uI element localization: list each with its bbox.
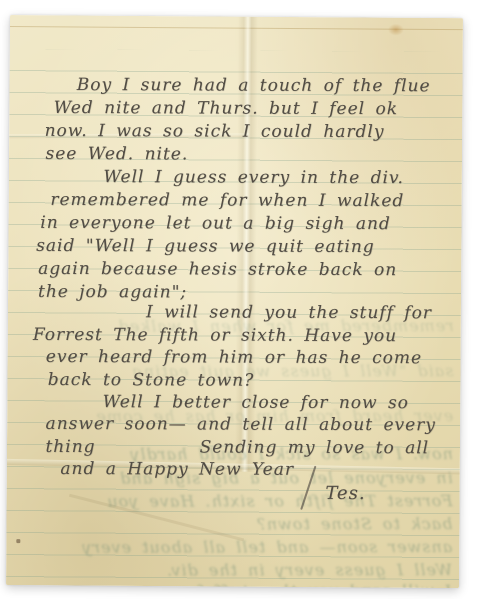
letter-paper: remembered me for when I walked said "We… [6, 15, 463, 588]
signature-flourish [300, 466, 316, 510]
letter-line: in everyone let out a big sigh and [40, 212, 391, 236]
letter-line: answer soon— and tell all about every [46, 413, 436, 437]
scanned-letter-photo: remembered me for when I walked said "We… [0, 0, 479, 599]
letter-line: ever heard from him or has he come [46, 346, 422, 370]
letter-line: Forrest The fifth or sixth. Have you [33, 324, 397, 348]
letter-line: remembered me for when I walked [50, 189, 404, 213]
letter-line: Well I guess every in the div. [103, 166, 404, 190]
letter-line: thing Sending my love to all [45, 436, 429, 460]
signature: Tes. [325, 482, 365, 505]
letter-line: said "Well I guess we quit eating [36, 235, 375, 259]
letter-line: Well I better close for now so [103, 391, 409, 415]
letter-line: again because hesis stroke back on [38, 258, 397, 282]
letter-line: and a Happy New Year [60, 458, 294, 482]
letter-line: now. I was so sick I could hardly [45, 120, 385, 144]
letter-line: Boy I sure had a touch of the flue [77, 74, 431, 98]
letter-line: I will send you the stuff for [146, 301, 432, 325]
letter-line: see Wed. nite. [45, 143, 188, 166]
handwriting-layer: Boy I sure had a touch of the flue Wed n… [7, 16, 462, 588]
letter-line: back to Stone town? [48, 369, 255, 393]
letter-line: Wed nite and Thurs. but I feel ok [54, 97, 398, 121]
